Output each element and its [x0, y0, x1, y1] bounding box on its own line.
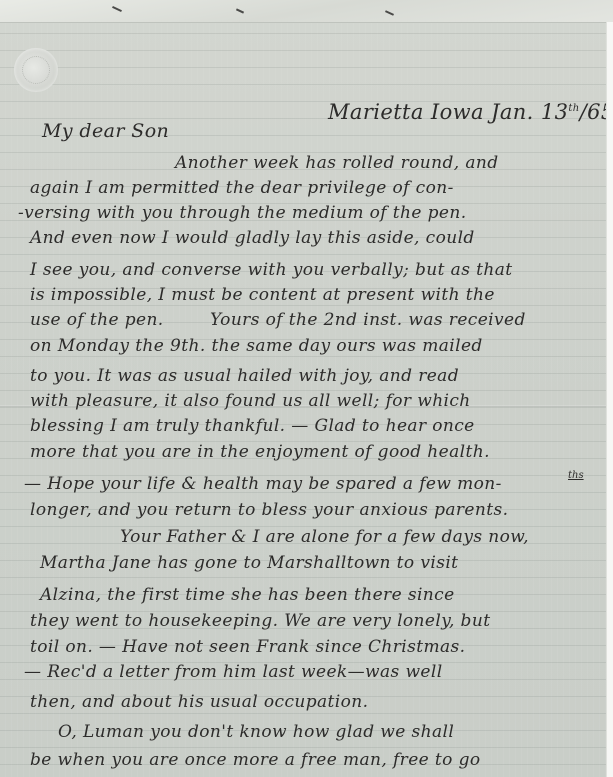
- letter-line: again I am permitted the dear privilege …: [30, 178, 454, 198]
- letter-line: And even now I would gladly lay this asi…: [30, 228, 475, 248]
- letter-line: be when you are once more a free man, fr…: [30, 750, 481, 770]
- letter-line: Another week has rolled round, and: [175, 153, 499, 173]
- letter-line: then, and about his usual occupation.: [30, 692, 368, 712]
- bleed-through-mark: [236, 8, 244, 13]
- bleed-through-mark: [385, 10, 394, 16]
- letter-line: use of the pen. Yours of the 2nd inst. w…: [30, 310, 526, 330]
- letter-line: Martha Jane has gone to Marshalltown to …: [40, 553, 458, 573]
- letter-page: Marietta Iowa Jan. 13th/65 My dear Son A…: [0, 0, 606, 777]
- letter-insertion: ths: [568, 470, 584, 481]
- letter-date-suffix: th: [568, 103, 579, 114]
- letter-line: blessing I am truly thankful. — Glad to …: [30, 416, 475, 436]
- letter-line: to you. It was as usual hailed with joy,…: [30, 366, 459, 386]
- letter-line: Alzina, the first time she has been ther…: [40, 585, 455, 605]
- letter-line: they went to housekeeping. We are very l…: [30, 611, 490, 631]
- letter-line: — Hope your life & health may be spared …: [24, 474, 502, 494]
- letter-line: — Rec'd a letter from him last week—was …: [24, 662, 443, 682]
- letter-line: I see you, and converse with you verball…: [30, 260, 512, 280]
- bleed-through-mark: [112, 6, 122, 12]
- letter-line: longer, and you return to bless your anx…: [30, 500, 508, 520]
- letter-date: Jan. 13: [491, 100, 568, 124]
- letter-line: O, Luman you don't know how glad we shal…: [58, 722, 454, 742]
- letter-place: Marietta Iowa: [328, 100, 484, 124]
- letter-salutation: My dear Son: [42, 120, 169, 142]
- letter-year: /65: [580, 100, 606, 124]
- letter-dateline: Marietta Iowa Jan. 13th/65: [328, 100, 606, 124]
- page-top-edge: [0, 0, 613, 23]
- letter-line: Your Father & I are alone for a few days…: [120, 527, 529, 547]
- letter-line: -versing with you through the medium of …: [18, 203, 467, 223]
- page-right-edge: [606, 22, 613, 777]
- letter-line: with pleasure, it also found us all well…: [30, 391, 471, 411]
- letter-line: is impossible, I must be content at pres…: [30, 285, 495, 305]
- embossed-seal-icon: [14, 48, 58, 92]
- letter-line: on Monday the 9th. the same day ours was…: [30, 336, 483, 356]
- letter-line: toil on. — Have not seen Frank since Chr…: [30, 637, 465, 657]
- letter-line: more that you are in the enjoyment of go…: [30, 442, 490, 462]
